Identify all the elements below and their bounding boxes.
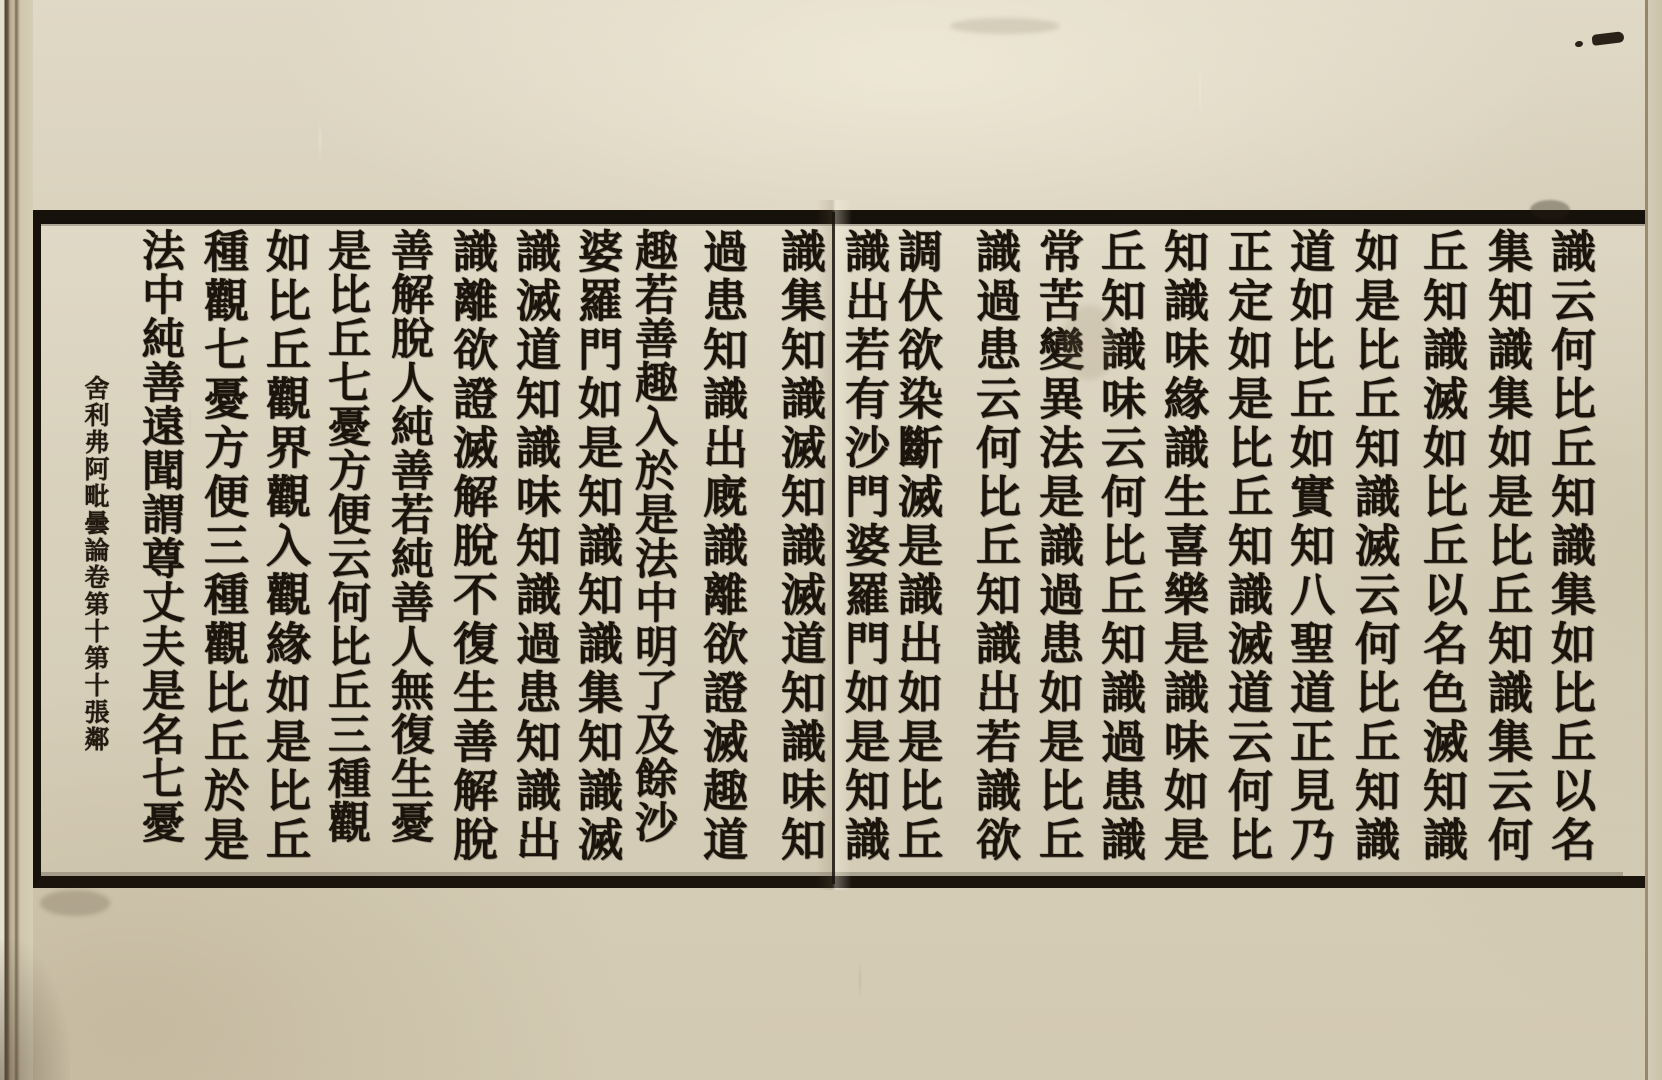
text-column: 如比丘觀界觀入觀緣如是比丘	[259, 228, 309, 883]
text-column: 種觀七憂方便三種觀比丘於是	[197, 228, 247, 883]
text-column: 知識味緣識生喜樂是識味如是	[1157, 228, 1207, 883]
text-column: 法中純善遠聞謂尊丈夫是名七憂	[135, 228, 185, 883]
text-column: 識云何比丘知識集如比丘以名	[1544, 228, 1594, 883]
text-column: 識過患云何比丘知識出若識欲	[969, 228, 1019, 883]
text-column: 識離欲證滅解脫不復生善解脫	[446, 228, 496, 883]
text-column: 集知識集如是比丘知識集云何	[1481, 228, 1531, 883]
text-column: 善解脫人純善若純善人無復生憂	[384, 228, 434, 883]
text-column: 趣若善趣入於是法中明了及餘沙	[628, 228, 678, 883]
ink-smudge	[950, 18, 1060, 34]
text-column: 過患知識出廐識離欲證滅趣道	[696, 228, 746, 883]
paper-stain	[1062, 305, 1117, 380]
text-column: 丘知識滅如比丘以名色滅知識	[1416, 228, 1466, 883]
page-divider-rule	[832, 212, 835, 884]
colophon-column: 舍利弗阿毗曇論卷第十第十張鄰	[76, 375, 110, 875]
text-column: 道如比丘如實知八聖道正見乃	[1283, 228, 1333, 883]
volume-title: 舍利弗阿毗曇論卷第十	[81, 375, 110, 645]
text-column: 調伏欲染斷滅是識出如是比丘	[891, 228, 941, 883]
scanned-book-page: { "artifact": { "kind_note": "woodblock-…	[0, 0, 1662, 1080]
ink-smudge	[40, 890, 110, 916]
ink-blot	[1530, 200, 1570, 220]
text-column: 正定如是比丘知識滅道云何比	[1221, 228, 1271, 883]
text-column: 識集知識滅知識滅道知識味知	[774, 228, 824, 883]
paper-edge-margin	[1648, 0, 1662, 1080]
text-column: 識出若有沙門婆羅門如是知識	[838, 228, 888, 883]
text-column: 是比丘七憂方便云何比丘三種觀	[321, 228, 371, 883]
spine-corner-shadow	[0, 940, 70, 1080]
text-column: 識滅道知識味知識過患知識出	[509, 228, 559, 883]
case-mark: 鄰	[81, 726, 110, 753]
book-spine-edge	[0, 0, 33, 1080]
sheet-number: 第十張	[81, 645, 110, 726]
text-column: 婆羅門如是知識知識集知識滅	[571, 228, 621, 883]
text-column: 如是比丘知識滅云何比丘知識	[1348, 228, 1398, 883]
